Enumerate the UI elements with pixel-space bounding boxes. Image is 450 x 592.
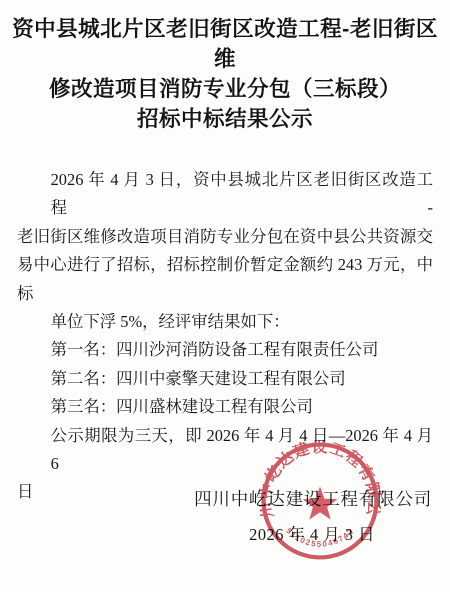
document-body: 2026 年 4 月 3 日，资中县城北片区老旧街区改造工程- 老旧街区维修改造… — [17, 166, 433, 507]
signature-date: 2026 年 4 月 3 日 — [249, 521, 375, 545]
ranking-third: 第三名：四川盛林建设工程有限公司 — [17, 393, 433, 421]
ranking-second: 第二名：四川中豪擎天建设工程有限公司 — [17, 365, 433, 393]
title-line-3: 招标中标结果公示 — [10, 104, 440, 134]
title-line-2: 修改造项目消防专业分包（三标段） — [10, 74, 440, 104]
document-title: 资中县城北片区老旧街区改造工程-老旧街区维 修改造项目消防专业分包（三标段） 招… — [10, 14, 440, 134]
publicity-period: 公示期限为三天，即 2026 年 4 月 4 日—2026 年 4 月 6 — [17, 422, 433, 479]
body-line: 易中心进行了招标，招标控制价暂定金额约 243 万元，中标 — [17, 251, 433, 308]
ranking-first: 第一名：四川沙河消防设备工程有限责任公司 — [17, 336, 433, 364]
body-line: 单位下浮 5%，经评审结果如下： — [17, 308, 433, 336]
body-line: 2026 年 4 月 3 日，资中县城北片区老旧街区改造工程- — [17, 166, 433, 223]
body-line: 老旧街区维修改造项目消防专业分包在资中县公共资源交 — [17, 223, 433, 251]
title-line-1: 资中县城北片区老旧街区改造工程-老旧街区维 — [10, 14, 440, 74]
signature-company: 四川中屹达建设工程有限公司 — [194, 486, 432, 511]
announcement-document: 资中县城北片区老旧街区改造工程-老旧街区维 修改造项目消防专业分包（三标段） 招… — [0, 0, 450, 592]
